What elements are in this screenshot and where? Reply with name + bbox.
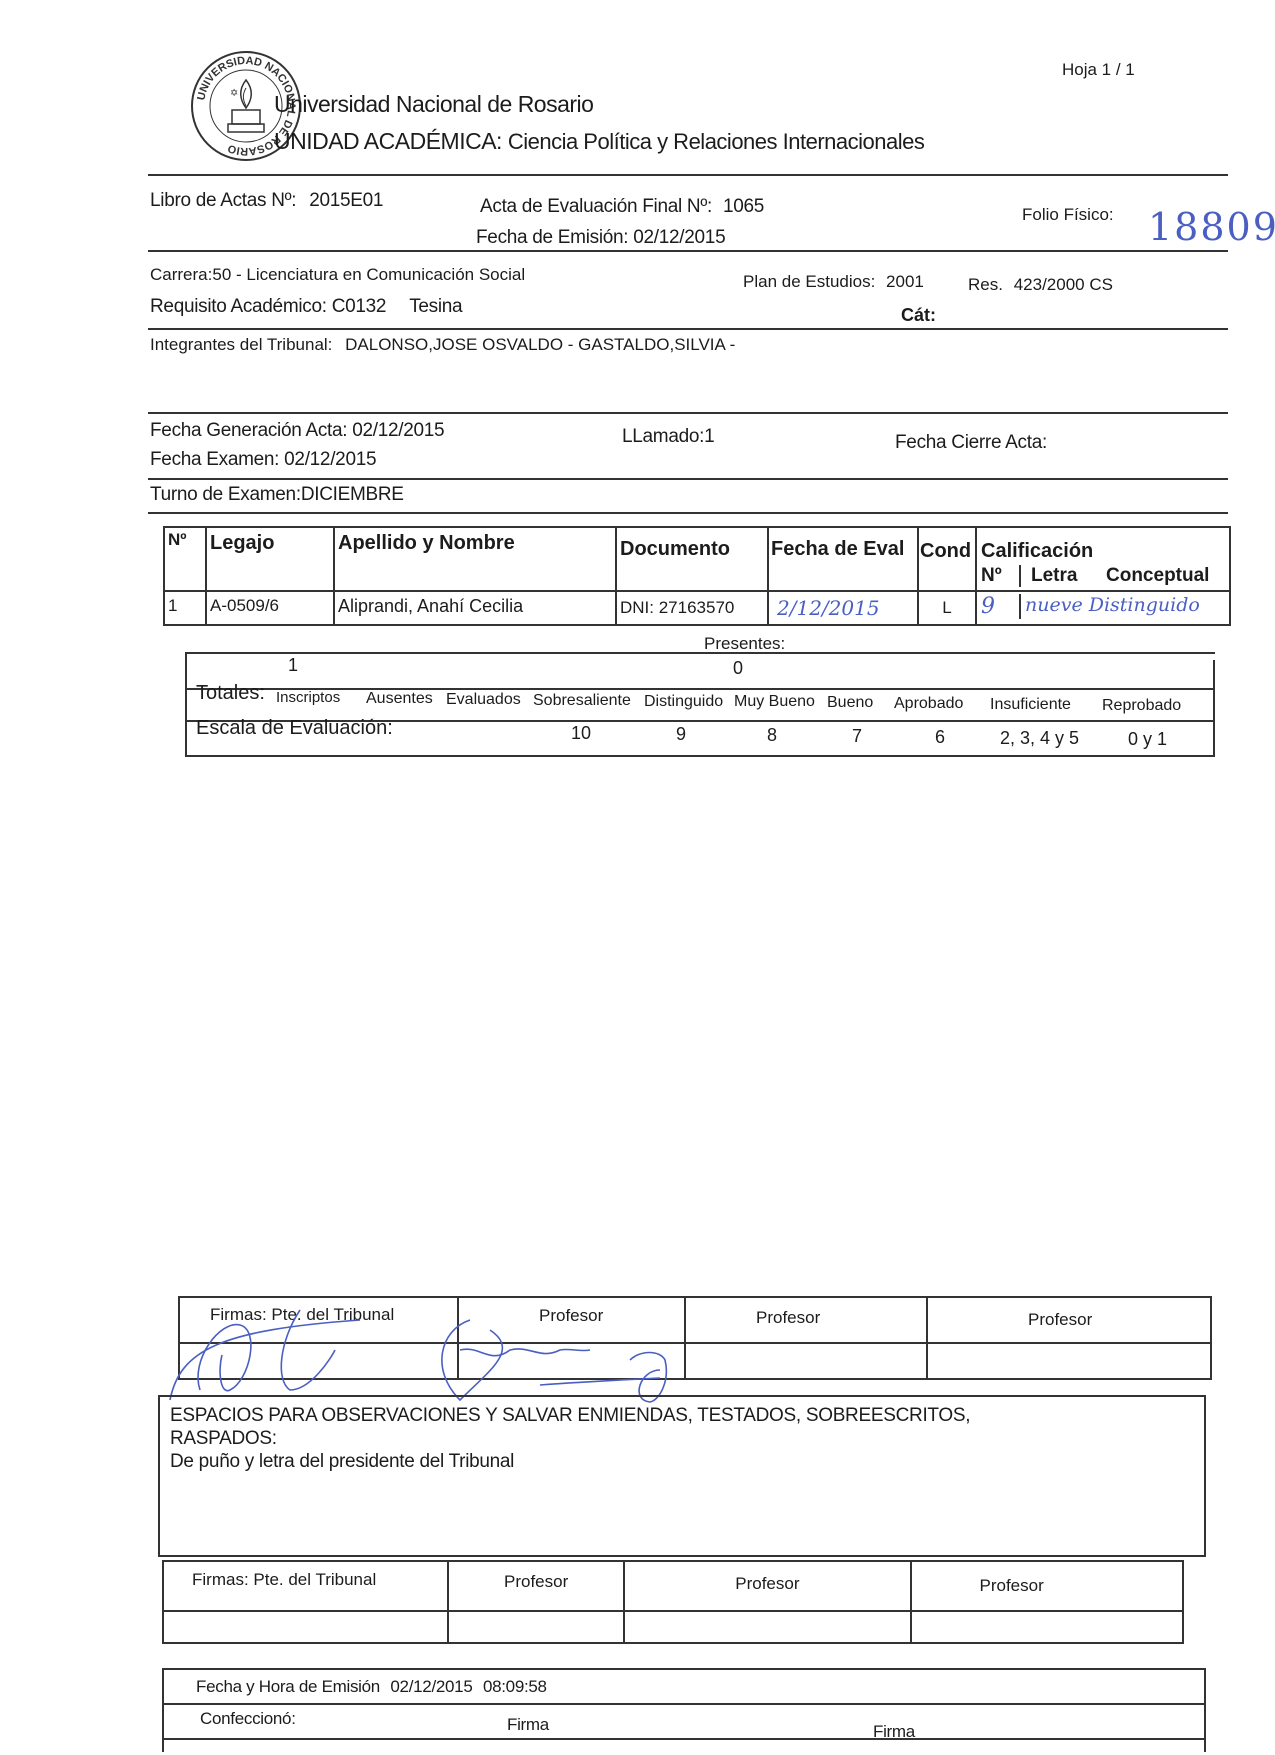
llamado: LLamado:1 bbox=[622, 426, 714, 448]
escala-values: 10 9 8 7 6 2, 3, 4 y 5 0 y 1 bbox=[0, 722, 1275, 752]
escala-insuficiente: 2, 3, 4 y 5 bbox=[1000, 728, 1079, 749]
escala-bueno: 7 bbox=[852, 726, 862, 747]
row-cal-n-handwritten: 9 bbox=[981, 594, 1019, 619]
carrera-value: 50 - Licenciatura en Comunicación Social bbox=[212, 265, 525, 284]
folio-label: Folio Físico: bbox=[1022, 205, 1114, 225]
sig2-prof3-field[interactable] bbox=[911, 1611, 1183, 1643]
handwritten-signatures-icon bbox=[160, 1290, 720, 1410]
confecciono-label: Confeccionó: bbox=[200, 1709, 296, 1729]
header-cal-letra: Letra bbox=[1019, 565, 1106, 587]
footer-emision-label: Fecha y Hora de Emisión bbox=[196, 1677, 380, 1696]
generacion-value: 02/12/2015 bbox=[352, 420, 444, 441]
row-legajo: A-0509/6 bbox=[207, 592, 333, 620]
header-cal-n: Nº bbox=[981, 565, 1019, 587]
sig1-prof3-field[interactable] bbox=[927, 1343, 1211, 1379]
acta-numero: Acta de Evaluación Final Nº: 1065 bbox=[480, 196, 764, 218]
emision-label: Fecha de Emisión: bbox=[476, 227, 628, 248]
requisito-academico: Requisito Académico: C0132 Tesina bbox=[150, 296, 462, 318]
divider bbox=[148, 250, 1228, 252]
col-insuficiente: Insuficiente bbox=[990, 696, 1071, 714]
fecha-cierre-label: Fecha Cierre Acta: bbox=[895, 432, 1047, 454]
turno-examen: Turno de Examen:DICIEMBRE bbox=[150, 484, 404, 506]
llamado-label: LLamado: bbox=[622, 426, 704, 447]
emision-value: 02/12/2015 bbox=[633, 227, 725, 248]
row-n: 1 bbox=[165, 592, 205, 620]
divider bbox=[185, 755, 1215, 757]
table-row: 1 A-0509/6 Aliprandi, Anahí Cecilia DNI:… bbox=[164, 591, 1230, 625]
escala-muy-bueno: 8 bbox=[767, 725, 777, 746]
header-legajo: Legajo bbox=[207, 528, 333, 559]
row-calificacion: 9 nueve Distinguido bbox=[977, 592, 1229, 621]
row-documento: DNI: 27163570 bbox=[617, 592, 767, 624]
res-value: 423/2000 CS bbox=[1014, 275, 1113, 294]
svg-text:✡: ✡ bbox=[230, 88, 238, 99]
divider bbox=[185, 652, 1215, 654]
footer-emision-date: 02/12/2015 bbox=[390, 1677, 472, 1696]
divider bbox=[148, 328, 1228, 330]
tribunal-members: DALONSO,JOSE OSVALDO - GASTALDO,SILVIA - bbox=[345, 335, 735, 354]
sig2-prof1-field[interactable] bbox=[448, 1611, 624, 1643]
header-cond: Cond bbox=[919, 528, 975, 575]
divider bbox=[148, 412, 1228, 414]
sig2-pte-label: Firmas: Pte. del Tribunal bbox=[164, 1562, 447, 1598]
libro-label: Libro de Actas Nº: bbox=[150, 190, 296, 211]
header-n: Nº bbox=[165, 528, 205, 552]
acta-label: Acta de Evaluación Final Nº: bbox=[480, 196, 712, 217]
requisito-name: Tesina bbox=[409, 296, 462, 317]
libro-actas: Libro de Actas Nº: 2015E01 bbox=[150, 190, 383, 212]
tribunal-label: Integrantes del Tribunal: bbox=[150, 335, 332, 354]
col-muy-bueno: Muy Bueno bbox=[734, 693, 815, 711]
requisito-code: C0132 bbox=[332, 296, 387, 317]
plan-estudios: Plan de Estudios: 2001 bbox=[743, 272, 924, 292]
header-documento: Documento bbox=[617, 528, 767, 571]
fecha-generacion: Fecha Generación Acta: 02/12/2015 bbox=[150, 420, 444, 442]
row-nombre: Aliprandi, Anahí Cecilia bbox=[335, 592, 615, 621]
divider bbox=[162, 1738, 1204, 1740]
presentes-label: Presentes: bbox=[704, 634, 785, 654]
col-ausentes: Ausentes bbox=[366, 690, 433, 708]
carrera-label: Carrera: bbox=[150, 265, 212, 284]
row-cal-letra-conceptual-handwritten: nueve Distinguido bbox=[1019, 594, 1200, 619]
escala-distinguido: 9 bbox=[676, 724, 686, 745]
res-label: Res. bbox=[968, 275, 1003, 294]
row-cond: L bbox=[919, 592, 975, 624]
header-cal-conceptual: Conceptual bbox=[1106, 565, 1209, 587]
header-fecha-eval: Fecha de Eval bbox=[769, 528, 917, 571]
libro-value: 2015E01 bbox=[309, 190, 383, 211]
inscriptos-count: 1 bbox=[288, 655, 298, 676]
folio-value-handwritten: 18809 bbox=[1148, 205, 1275, 249]
divider bbox=[148, 174, 1228, 176]
col-sobresaliente: Sobresaliente bbox=[533, 692, 631, 710]
acta-value: 1065 bbox=[723, 196, 764, 217]
observaciones-body: De puño y letra del presidente del Tribu… bbox=[170, 1451, 514, 1473]
observaciones-title: ESPACIOS PARA OBSERVACIONES Y SALVAR ENM… bbox=[170, 1405, 970, 1427]
turno-label: Turno de Examen: bbox=[150, 484, 301, 505]
students-table: Nº Legajo Apellido y Nombre Documento Fe… bbox=[163, 526, 1231, 626]
totales-columns: Inscriptos Ausentes Evaluados Sobresalie… bbox=[0, 688, 1275, 718]
university-name: Universidad Nacional de Rosario bbox=[274, 91, 593, 118]
observaciones-title-2: RASPADOS: bbox=[170, 1428, 277, 1450]
sig2-prof2-label: Profesor bbox=[625, 1562, 909, 1606]
requisito-label: Requisito Académico: bbox=[150, 296, 327, 317]
unidad-academica: UNIDAD ACADÉMICA: Ciencia Política y Rel… bbox=[274, 128, 924, 155]
plan-label: Plan de Estudios: bbox=[743, 272, 875, 291]
fecha-examen: Fecha Examen: 02/12/2015 bbox=[150, 449, 376, 471]
fecha-emision: Fecha de Emisión: 02/12/2015 bbox=[476, 227, 725, 249]
escala-reprobado: 0 y 1 bbox=[1128, 729, 1167, 750]
sig2-prof1-label: Profesor bbox=[449, 1562, 623, 1602]
examen-value: 02/12/2015 bbox=[284, 449, 376, 470]
divider bbox=[148, 478, 1228, 480]
firma-label-1: Firma bbox=[507, 1715, 549, 1735]
sig1-prof2-field[interactable] bbox=[685, 1343, 927, 1379]
header-nombre: Apellido y Nombre bbox=[335, 528, 615, 559]
footer-emision-time: 08:09:58 bbox=[483, 1677, 547, 1696]
emision-info: Fecha y Hora de Emisión 02/12/2015 08:09… bbox=[196, 1677, 547, 1697]
col-inscriptos: Inscriptos bbox=[276, 689, 340, 706]
escala-sobresaliente: 10 bbox=[571, 723, 591, 744]
signatures-table-2: Firmas: Pte. del Tribunal Profesor Profe… bbox=[162, 1560, 1184, 1644]
row-fecha-eval-handwritten: 2/12/2015 bbox=[769, 592, 917, 624]
table-header-row: Nº Legajo Apellido y Nombre Documento Fe… bbox=[164, 527, 1230, 591]
unidad-value: Ciencia Política y Relaciones Internacio… bbox=[508, 129, 925, 154]
sig2-prof3-label: Profesor bbox=[912, 1562, 1182, 1610]
divider bbox=[162, 1703, 1204, 1705]
sig2-pte-field[interactable] bbox=[163, 1611, 448, 1643]
col-bueno: Bueno bbox=[827, 694, 873, 712]
sig1-prof3-label: Profesor bbox=[928, 1298, 1210, 1342]
col-aprobado: Aprobado bbox=[894, 695, 963, 713]
examen-label: Fecha Examen: bbox=[150, 449, 279, 470]
plan-value: 2001 bbox=[886, 272, 924, 291]
header-calificacion: Calificación bbox=[977, 528, 1229, 565]
sig1-prof2-label: Profesor bbox=[686, 1298, 926, 1338]
col-reprobado: Reprobado bbox=[1102, 697, 1181, 715]
col-distinguido: Distinguido bbox=[644, 693, 723, 711]
carrera: Carrera:50 - Licenciatura en Comunicació… bbox=[150, 265, 525, 285]
escala-aprobado: 6 bbox=[935, 727, 945, 748]
unidad-label: UNIDAD ACADÉMICA: bbox=[274, 128, 502, 154]
divider bbox=[148, 512, 1228, 514]
sheet-number: Hoja 1 / 1 bbox=[1062, 60, 1135, 80]
cat-label: Cát: bbox=[901, 305, 936, 326]
turno-value: DICIEMBRE bbox=[301, 484, 404, 505]
generacion-label: Fecha Generación Acta: bbox=[150, 420, 347, 441]
tribunal: Integrantes del Tribunal: DALONSO,JOSE O… bbox=[150, 335, 735, 355]
observaciones-box[interactable]: ESPACIOS PARA OBSERVACIONES Y SALVAR ENM… bbox=[158, 1395, 1206, 1557]
llamado-value: 1 bbox=[704, 426, 714, 447]
resolucion: Res. 423/2000 CS bbox=[968, 275, 1113, 295]
col-evaluados: Evaluados bbox=[446, 691, 521, 709]
sig2-prof2-field[interactable] bbox=[624, 1611, 910, 1643]
header-calificacion-sub: Nº Letra Conceptual bbox=[977, 565, 1229, 587]
ausentes-count: 0 bbox=[733, 658, 743, 679]
